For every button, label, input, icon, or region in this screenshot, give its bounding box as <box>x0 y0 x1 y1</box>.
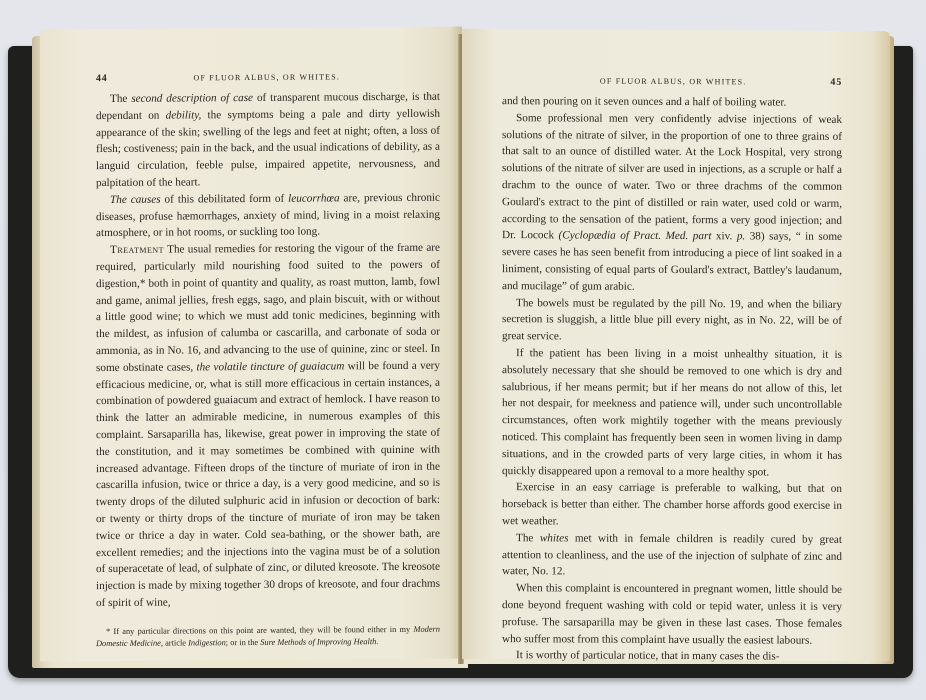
text-run: Sure Methods of Improving Health. <box>260 637 378 647</box>
text-run: debility, <box>166 109 202 121</box>
text-run: Some professional men very confidently a… <box>502 112 842 242</box>
paragraph: Some professional men very confidently a… <box>502 110 842 297</box>
text-run: leucorrhœa <box>288 192 339 204</box>
text-run: The <box>110 93 131 105</box>
text-run: Indigestion <box>188 638 226 647</box>
paragraph: Treatment The usual remedies for restori… <box>96 240 440 612</box>
paragraph: The second description of case of transp… <box>96 89 440 192</box>
text-run: The <box>110 194 131 206</box>
paragraph: Exercise in an easy carriage is preferab… <box>502 479 842 531</box>
right-page: OF FLUOR ALBUS, OR WHITES. 45 and then p… <box>462 29 890 661</box>
text-run: will be found a very efficacious medicin… <box>96 359 440 609</box>
text-run: Exercise in an easy carriage is preferab… <box>502 481 842 527</box>
text-run: p. <box>737 231 745 243</box>
text-run: whites <box>540 532 569 544</box>
text-run: ; or in the <box>226 638 260 647</box>
left-page: 44 OF FLUOR ALBUS, OR WHITES. The second… <box>40 27 462 662</box>
text-run: * If any particular directions on this p… <box>106 625 413 636</box>
paragraph: The whites met with in female children i… <box>502 530 842 582</box>
paragraph: When this complaint is encountered in pr… <box>502 580 842 649</box>
text-run: second description of case <box>131 92 253 105</box>
left-page-number: 44 <box>96 73 108 84</box>
text-run: Treatment <box>110 244 164 256</box>
paragraph: The bowels must be regulated by the pill… <box>502 295 842 347</box>
left-running-title: OF FLUOR ALBUS, OR WHITES. <box>108 72 426 83</box>
text-run: and then pouring on it seven ounces and … <box>502 95 786 108</box>
paragraph: It is worthy of particular notice, that … <box>502 647 842 666</box>
left-running-head: 44 OF FLUOR ALBUS, OR WHITES. <box>96 71 440 84</box>
text-run: The bowels must be regulated by the pill… <box>502 297 842 343</box>
right-body-text: and then pouring on it seven ounces and … <box>502 93 842 666</box>
text-run: (Cyclopædia of Pract. Med. part <box>559 230 712 243</box>
text-run: article <box>163 638 188 647</box>
footnote-text: * If any particular directions on this p… <box>96 623 440 649</box>
left-body-text: The second description of case of transp… <box>96 89 440 612</box>
footnote: * If any particular directions on this p… <box>96 623 440 649</box>
text-run: of this debilitated form of <box>161 193 289 206</box>
paragraph: If the patient has been living in a mois… <box>502 345 842 481</box>
right-running-head: OF FLUOR ALBUS, OR WHITES. 45 <box>502 75 842 88</box>
text-run: causes <box>131 193 161 205</box>
text-run: The <box>516 532 540 544</box>
right-running-title: OF FLUOR ALBUS, OR WHITES. <box>516 76 830 87</box>
text-run: If the patient has been living in a mois… <box>502 347 842 478</box>
text-run: xiv. <box>711 231 736 243</box>
right-page-number: 45 <box>830 77 842 88</box>
text-run: It is worthy of particular notice, that … <box>516 649 779 662</box>
paragraph: and then pouring on it seven ounces and … <box>502 93 842 112</box>
text-run: the volatile tincture of guaiacum <box>196 360 344 373</box>
paragraph: The causes of this debilitated form of l… <box>96 189 440 242</box>
text-run: When this complaint is encountered in pr… <box>502 582 842 646</box>
text-run: The usual remedies for restoring the vig… <box>96 242 440 374</box>
